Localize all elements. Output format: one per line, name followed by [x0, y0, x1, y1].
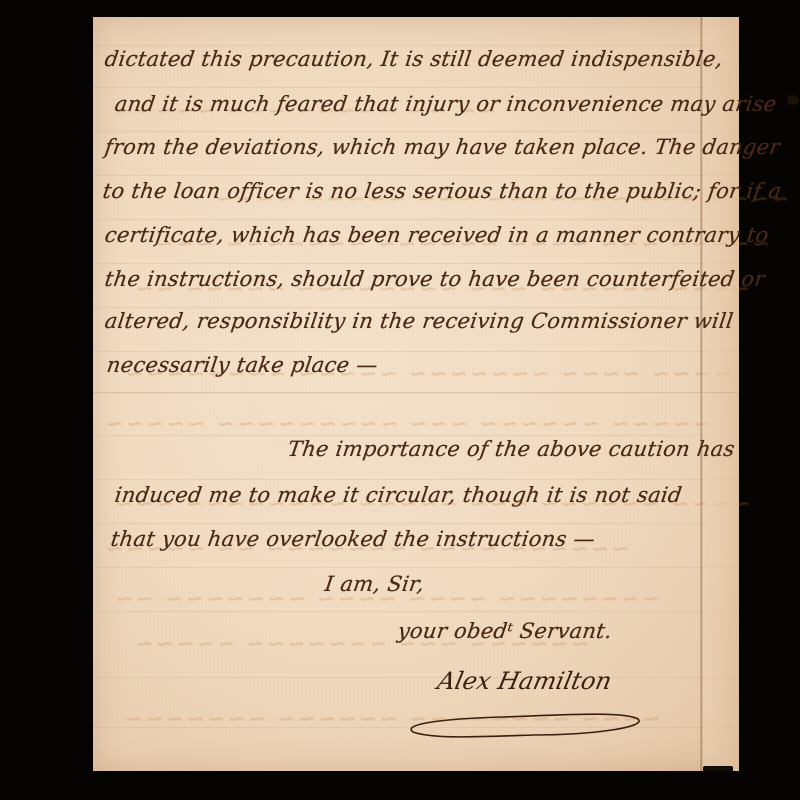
ruled-line: [93, 175, 739, 176]
ruled-line: [93, 219, 739, 220]
letter-line: and it is much feared that injury or inc…: [113, 92, 778, 116]
ruled-line: [93, 307, 739, 308]
letter-line: altered, responsibility in the receiving…: [103, 309, 735, 333]
vertical-fold-crease: [700, 17, 703, 771]
ruled-line: [93, 479, 739, 480]
ruled-line: [93, 45, 739, 46]
letter-line: dictated this precaution, It is still de…: [103, 47, 724, 71]
valediction: your obedᵗ Servant.: [396, 619, 614, 643]
ruled-line: [93, 131, 739, 132]
signature-flourish-icon: [393, 687, 653, 747]
ruled-line: [93, 263, 739, 264]
salutation: I am, Sir,: [323, 572, 426, 596]
letter-page: ~~ ~~ ~~~~~ ~~~ ~~~~~ ~~~~ ~~~ ~~~~~~~ ~…: [93, 17, 739, 771]
letter-line: necessarily take place —: [105, 353, 379, 377]
paper-tear: [703, 766, 733, 771]
letter-line: that you have overlooked the instruction…: [109, 527, 596, 551]
bleed-through-writing: ~~~~~ ~~~~~~ ~~~ ~~~~~~~~~ ~~~~~: [98, 412, 715, 437]
ink-blot: [787, 95, 799, 105]
letter-line: to the loan officer is no less serious t…: [101, 179, 783, 203]
folded-edge-strip: [703, 17, 739, 771]
letter-line: induced me to make it circular, though i…: [113, 483, 683, 507]
letter-line: the instructions, should prove to have b…: [103, 267, 766, 291]
letter-line: certificate, which has been received in …: [103, 223, 770, 247]
ruled-line: [93, 567, 739, 568]
image-stage: ~~ ~~ ~~~~~ ~~~ ~~~~~ ~~~~ ~~~ ~~~~~~~ ~…: [0, 0, 800, 800]
letter-line: from the deviations, which may have take…: [103, 135, 781, 159]
ruled-line: [93, 351, 739, 352]
ruled-line: [93, 677, 739, 678]
ruled-line: [93, 523, 739, 524]
horizontal-fold-crease: [93, 392, 739, 394]
ruled-line: [93, 87, 739, 88]
letter-line: The importance of the above caution has: [286, 437, 736, 461]
